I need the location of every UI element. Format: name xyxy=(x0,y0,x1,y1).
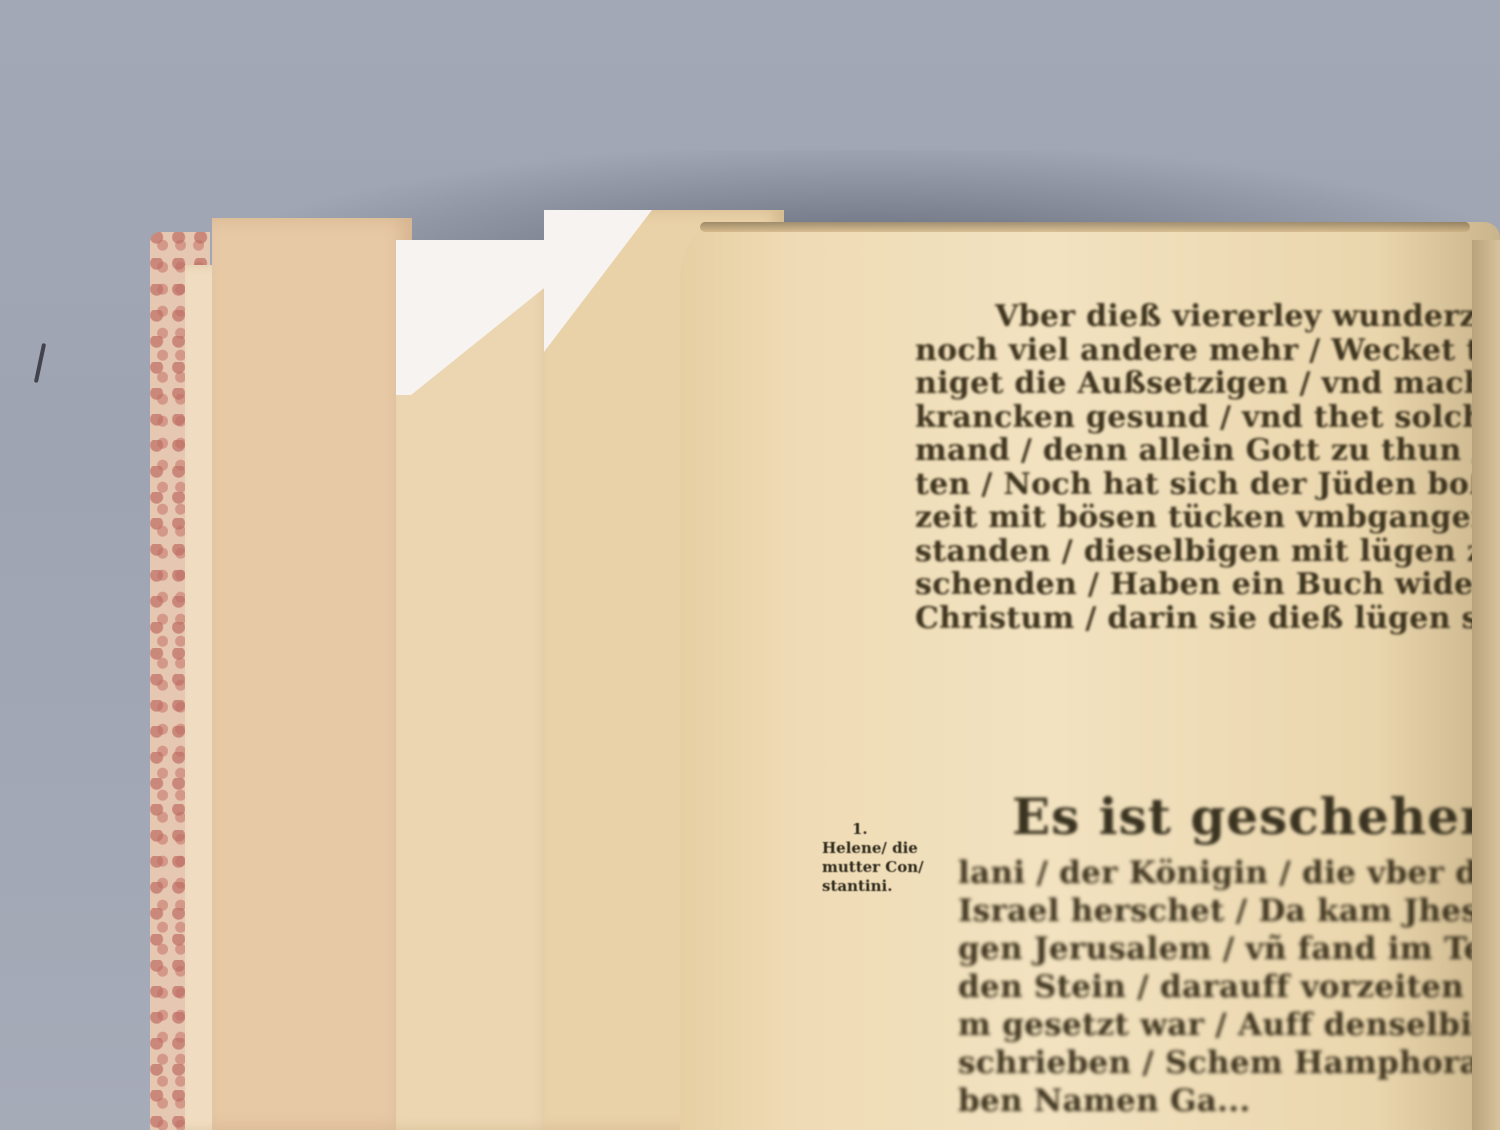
text-line: zeit mit bösen tücken vmbgangen / xyxy=(915,501,1500,535)
marginal-number: 1. xyxy=(822,820,924,839)
marginal-line: stantini. xyxy=(822,877,924,896)
text-line: m gesetzt war / Auff denselbigen xyxy=(958,1006,1500,1044)
text-line: standen / dieselbigen mit lügen zu xyxy=(915,535,1500,569)
next-page-edge xyxy=(1472,240,1500,1130)
text-line: ten / Noch hat sich der Jüden boßheit xyxy=(915,468,1500,502)
marginal-line: Helene/ die xyxy=(822,839,924,858)
pen-mark xyxy=(34,343,46,383)
paper-repair-patch xyxy=(544,210,652,352)
text-line: Vber dieß viererley wunderzeichen xyxy=(915,300,1500,334)
paragraph-1: Vber dieß viererley wunderzeichen noch v… xyxy=(915,300,1500,635)
text-line: ben Namen Ga... xyxy=(958,1082,1500,1120)
text-line: krancken gesund / vnd thet solche zeiche… xyxy=(915,401,1500,435)
page-top-edge xyxy=(700,222,1470,232)
marginal-note: 1. Helene/ die mutter Con/ stantini. xyxy=(822,820,924,896)
printed-page: Vber dieß viererley wunderzeichen noch v… xyxy=(680,222,1500,1130)
text-line: schenden / Haben ein Buch wider xyxy=(915,568,1500,602)
text-line: mand / denn allein Gott zu thun / mag xyxy=(915,434,1500,468)
section-heading: Es ist geschehen zur z xyxy=(1012,787,1500,846)
paper-repair-patch xyxy=(396,240,546,395)
text-line: Christum / darin sie dieß lügen schreibe… xyxy=(915,602,1500,636)
marginal-line: mutter Con/ xyxy=(822,858,924,877)
text-line: noch viel andere mehr / Wecket todten xyxy=(915,334,1500,368)
paragraph-2: lani / der Königin / die vber das Israel… xyxy=(958,854,1500,1120)
blank-leaf-2 xyxy=(396,240,556,1130)
text-line: niget die Außsetzigen / vnd machte xyxy=(915,367,1500,401)
text-line: schrieben / Schem Hamphoras xyxy=(958,1044,1500,1082)
text-line: den Stein / darauff vorzeiten die xyxy=(958,968,1500,1006)
text-line: gen Jerusalem / vñ fand im Tempel xyxy=(958,930,1500,968)
blank-leaf-1 xyxy=(212,218,412,1130)
text-line: lani / der Königin / die vber das xyxy=(958,854,1500,892)
text-line: Israel herschet / Da kam Jhesus xyxy=(958,892,1500,930)
